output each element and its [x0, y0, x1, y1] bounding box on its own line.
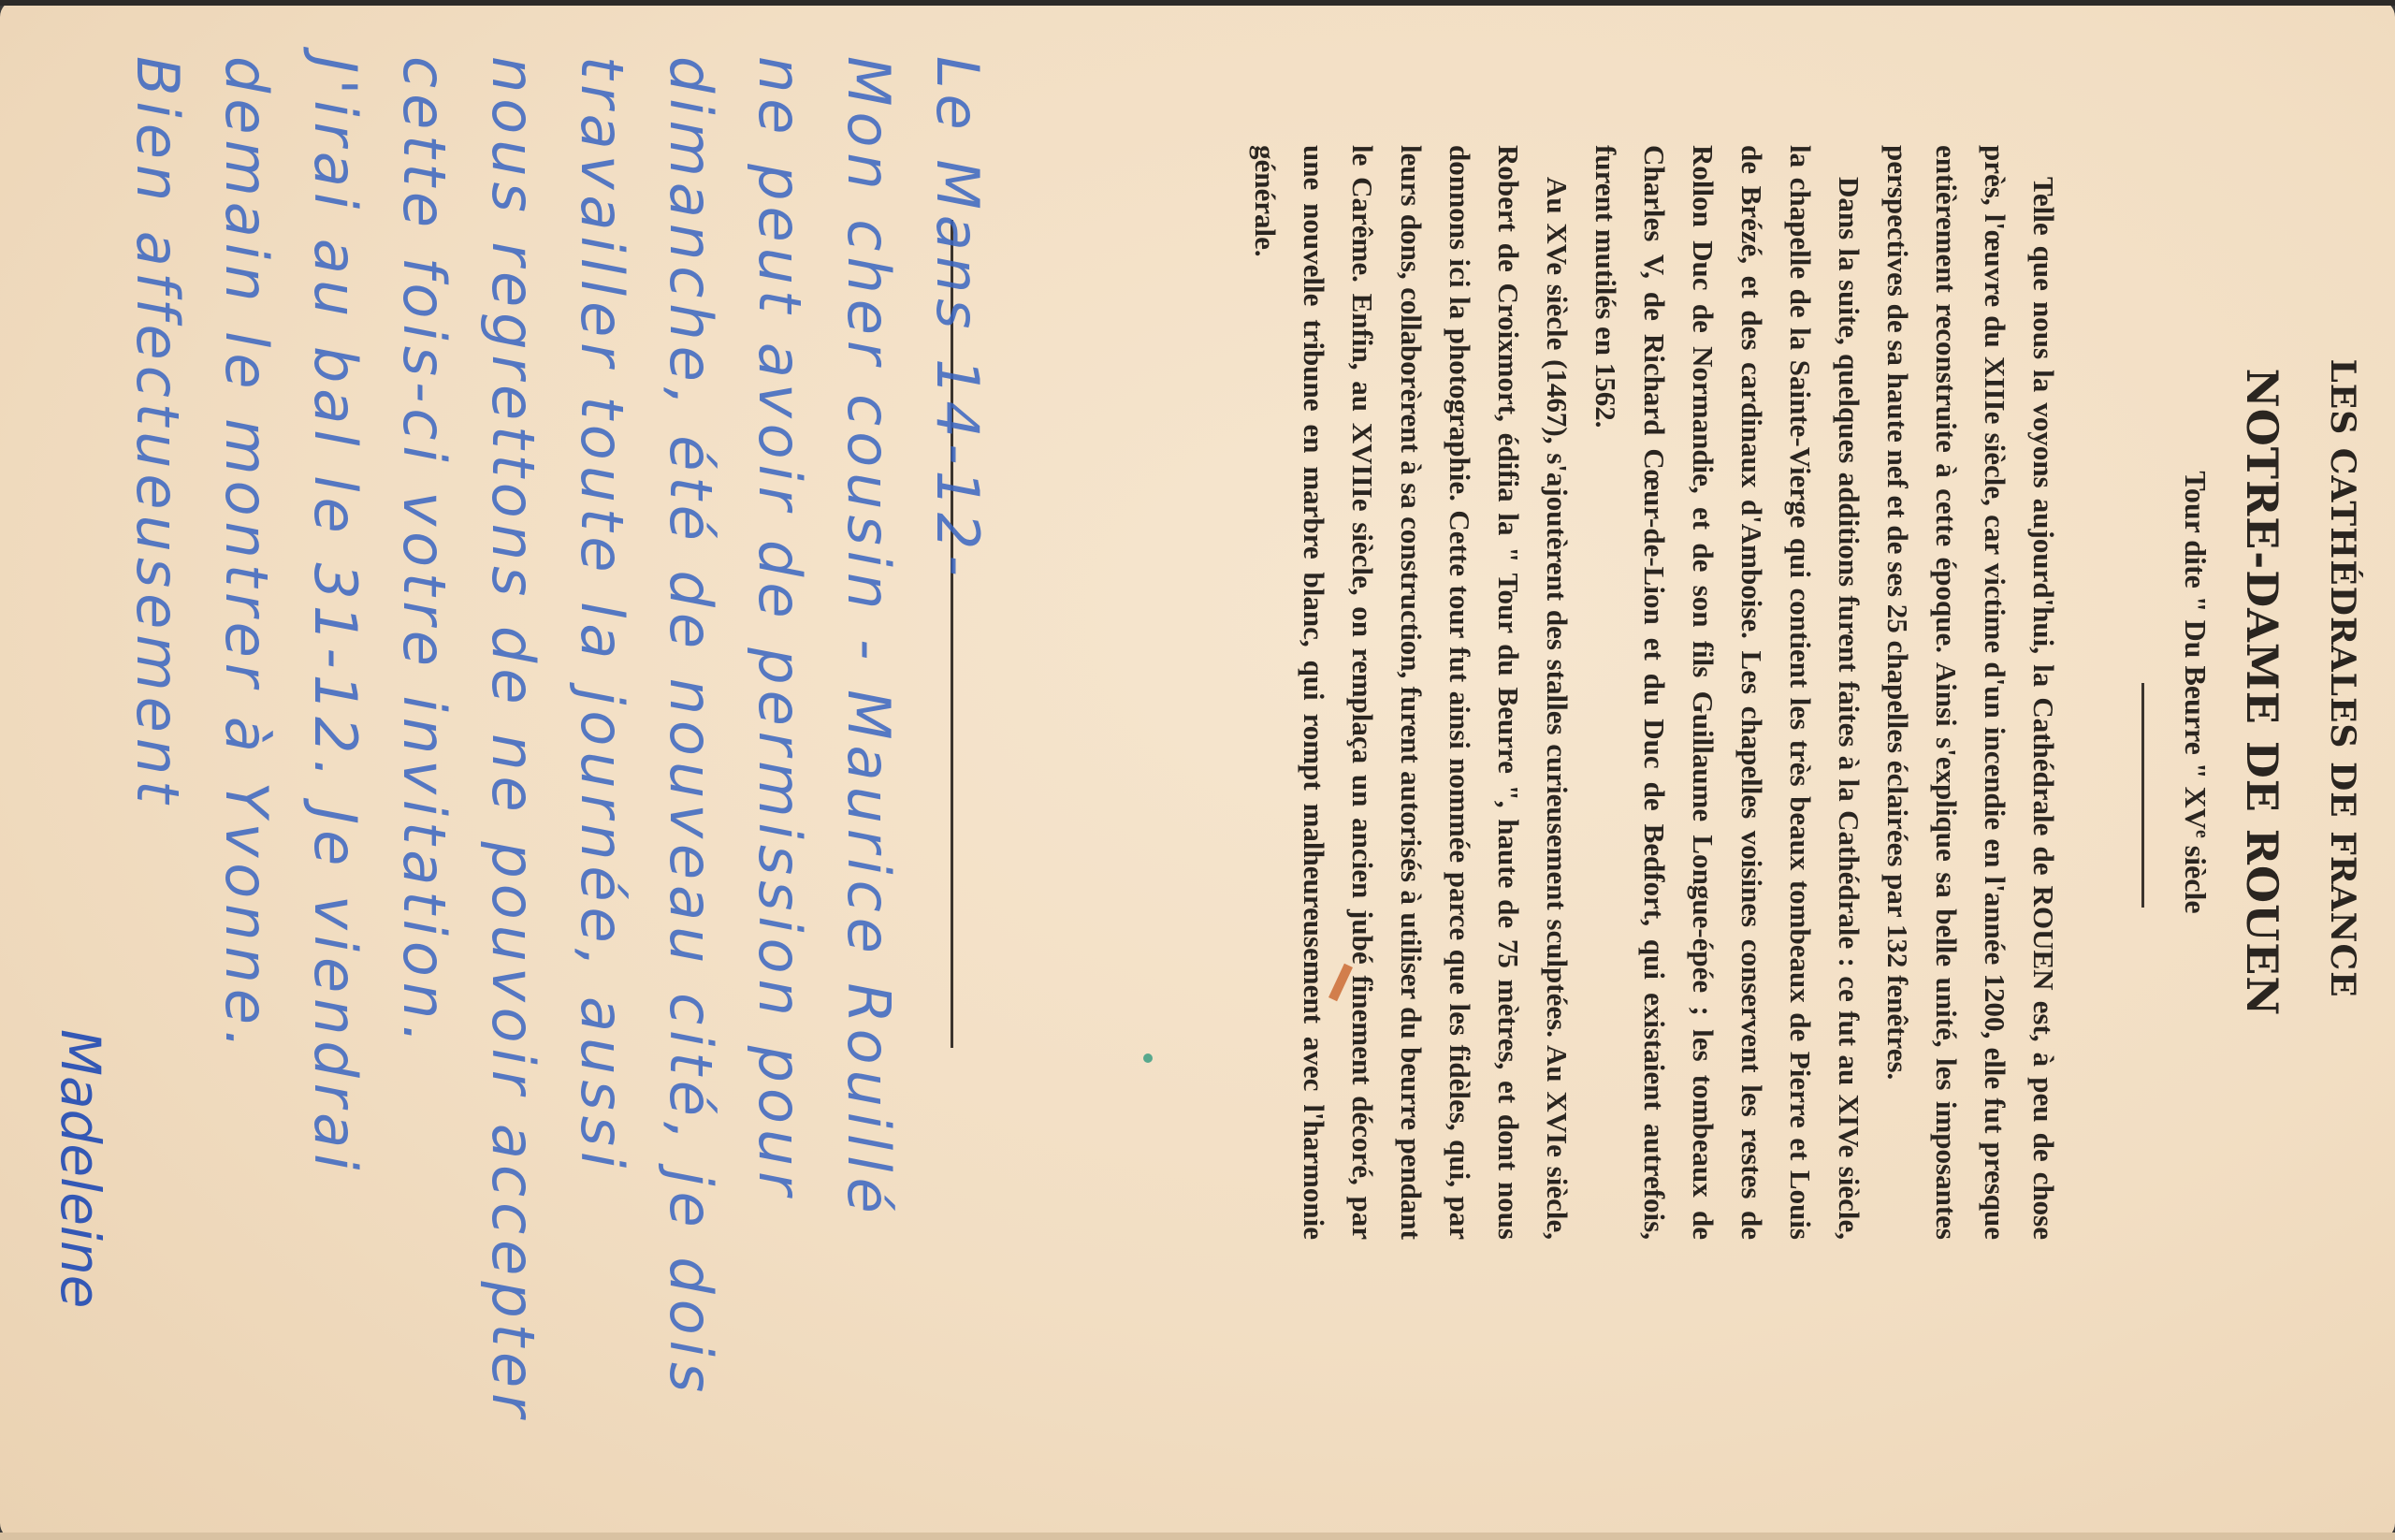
subtitle-suffix: siècle	[2179, 838, 2213, 914]
paragraph-3: Au XVe siècle (1467), s'ajoutèrent des s…	[1241, 145, 1581, 1240]
handwritten-line-3: ne peut avoir de permission pour	[746, 56, 814, 1201]
paragraph-1: Telle que nous la voyons aujourd'hui, la…	[1873, 145, 2068, 1240]
series-header: LES CATHÉDRALES DE FRANCE	[2323, 239, 2362, 1118]
handwritten-line-5: travailler toute la journée, aussi	[568, 56, 636, 1173]
handwritten-line-6: nous regrettons de ne pouvoir accepter	[479, 56, 547, 1423]
subtitle: Tour dite " Du Beurre " XVe siècle	[2178, 145, 2213, 1240]
card-edge-bottom	[0, 1533, 2395, 1540]
header-rule	[2141, 683, 2144, 908]
postcard-back: LES CATHÉDRALES DE FRANCE NOTRE-DAME DE …	[0, 0, 2395, 1540]
subtitle-superscript: e	[2192, 830, 2213, 838]
printed-text-block: LES CATHÉDRALES DE FRANCE NOTRE-DAME DE …	[1020, 145, 2362, 1240]
handwritten-message: Le Mans 14-12- Mon cher cousin - Maurice…	[19, 19, 1010, 1516]
description-body: Telle que nous la voyons aujourd'hui, la…	[1241, 145, 2068, 1240]
handwritten-line-9: demain le montrer à Yvonne.	[212, 56, 281, 1054]
card-edge-top	[0, 0, 2395, 6]
handwritten-line-1: Le Mans 14-12-	[923, 56, 992, 582]
handwritten-line-10: Bien affectueusement	[123, 56, 192, 808]
handwritten-line-7: cette fois-ci votre invitation.	[390, 56, 458, 1049]
handwritten-line-4: dimanche, été de nouveau cité, je dois	[657, 56, 725, 1398]
handwritten-line-8: J'irai au bal le 31-12. Je viendrai	[301, 56, 370, 1175]
signature: Madeleine	[49, 1029, 112, 1308]
page-title: NOTRE-DAME DE ROUEN	[2237, 145, 2287, 1240]
handwritten-line-2: Mon cher cousin - Maurice Rouillé	[835, 56, 903, 1219]
subtitle-text: Tour dite " Du Beurre " XV	[2179, 471, 2213, 829]
ink-stain-green	[1143, 1053, 1153, 1063]
paragraph-2: Dans la suite, quelques additions furent…	[1581, 145, 1873, 1240]
